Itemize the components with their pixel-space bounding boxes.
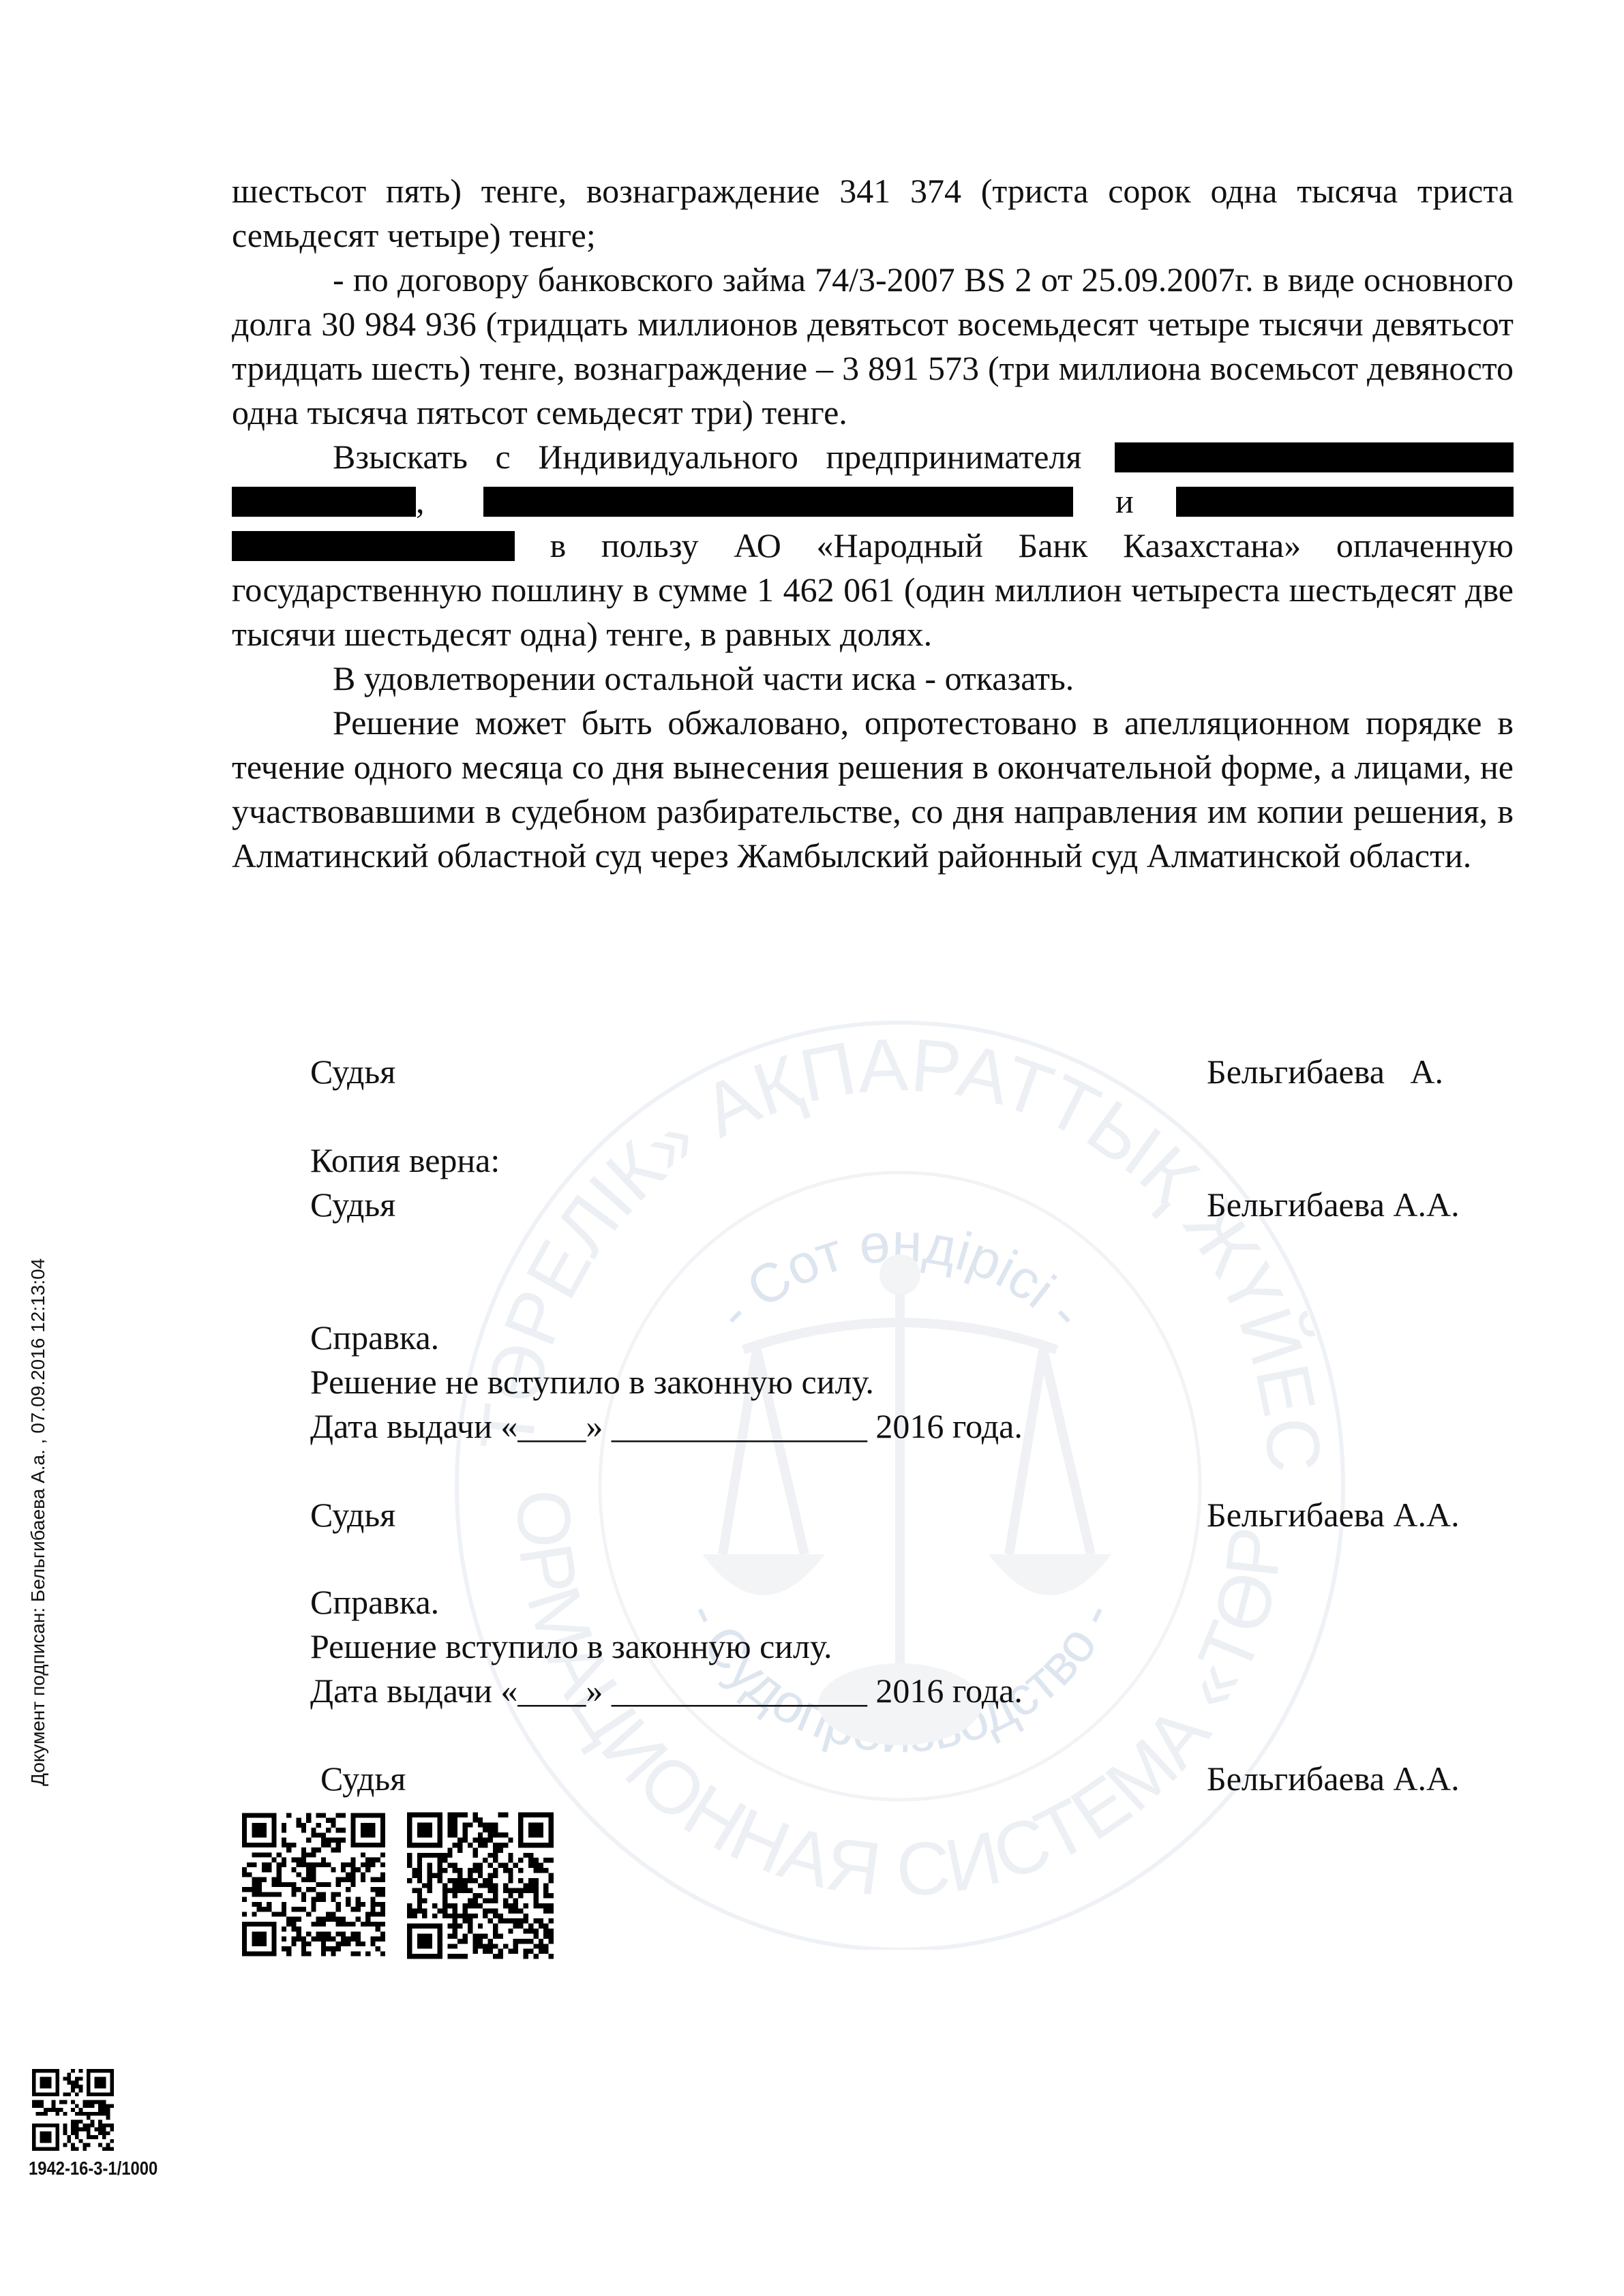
redacted-name-5 bbox=[232, 531, 515, 561]
judge-label: Судья bbox=[310, 1185, 395, 1224]
redacted-name-1 bbox=[1115, 442, 1514, 472]
certificate-issue-date: Дата выдачи «____» _______________ 2016 … bbox=[310, 1404, 1023, 1449]
judge-label: Судья bbox=[310, 1496, 395, 1534]
qr-code-doc bbox=[29, 2069, 117, 2151]
judge-name: Бельгибаева А.А. bbox=[1207, 1757, 1460, 1801]
document-page: «ТӨРЕЛІК» АҚПАРАТТЫҚ ЖҮЙЕСІ ИНФОРМАЦИОНН… bbox=[0, 0, 1624, 2296]
paragraph-loan-contract: - по договору банковского займа 74/3-200… bbox=[232, 258, 1514, 435]
decision-text: шестьсот пять) тенге, вознаграждение 341… bbox=[232, 169, 1514, 878]
judge-name: Бельгибаева А.А. bbox=[1207, 1183, 1460, 1227]
signature-judge-4: Судья Бельгибаева А.А. bbox=[320, 1757, 1507, 1801]
qr-code-2 bbox=[407, 1811, 554, 1960]
paragraph-reward-1: шестьсот пять) тенге, вознаграждение 341… bbox=[232, 169, 1514, 258]
certificate-title: Справка. bbox=[310, 1316, 1023, 1360]
certificate-not-in-force: Справка. Решение не вступило в законную … bbox=[310, 1316, 1023, 1449]
paragraph-reject: В удовлетворении остальной части иска - … bbox=[232, 656, 1514, 701]
certificate-title: Справка. bbox=[310, 1580, 1023, 1625]
paragraph-appeal: Решение может быть обжаловано, опротесто… bbox=[232, 701, 1514, 878]
certificate-status: Решение вступило в законную силу. bbox=[310, 1625, 1023, 1669]
signature-judge-1: Судья Бельгибаева А. bbox=[310, 1050, 1497, 1094]
signature-judge-2: Судья Бельгибаева А.А. bbox=[310, 1183, 1497, 1227]
signature-judge-3: Судья Бельгибаева А.А. bbox=[310, 1493, 1497, 1537]
watermark-seal: «ТӨРЕЛІК» АҚПАРАТТЫҚ ЖҮЙЕСІ ИНФОРМАЦИОНН… bbox=[450, 995, 1350, 1950]
judge-label: Судья bbox=[320, 1759, 406, 1798]
redacted-name-3 bbox=[483, 487, 1073, 517]
collect-intro: Взыскать с Индивидуального предпринимате… bbox=[333, 438, 1081, 476]
certificate-status: Решение не вступило в законную силу. bbox=[310, 1360, 1023, 1404]
collect-and: и bbox=[1115, 482, 1134, 520]
redacted-name-2 bbox=[232, 487, 416, 517]
digital-signature-stamp: Документ подписан: Бельгибаева А.а. , 07… bbox=[27, 1258, 49, 1786]
copy-certified-label: Копия верна: bbox=[310, 1138, 500, 1183]
document-code: 1942-16-3-1/1000 bbox=[29, 2158, 157, 2179]
certificate-in-force: Справка. Решение вступило в законную сил… bbox=[310, 1580, 1023, 1713]
redacted-name-4 bbox=[1176, 487, 1514, 517]
judge-name: Бельгибаева А. bbox=[1207, 1050, 1443, 1094]
qr-code-1 bbox=[242, 1811, 385, 1958]
certificate-issue-date: Дата выдачи «____» _______________ 2016 … bbox=[310, 1669, 1023, 1713]
judge-name: Бельгибаева А.А. bbox=[1207, 1493, 1460, 1537]
paragraph-collect: Взыскать с Индивидуального предпринимате… bbox=[232, 435, 1514, 656]
judge-label: Судья bbox=[310, 1053, 395, 1091]
